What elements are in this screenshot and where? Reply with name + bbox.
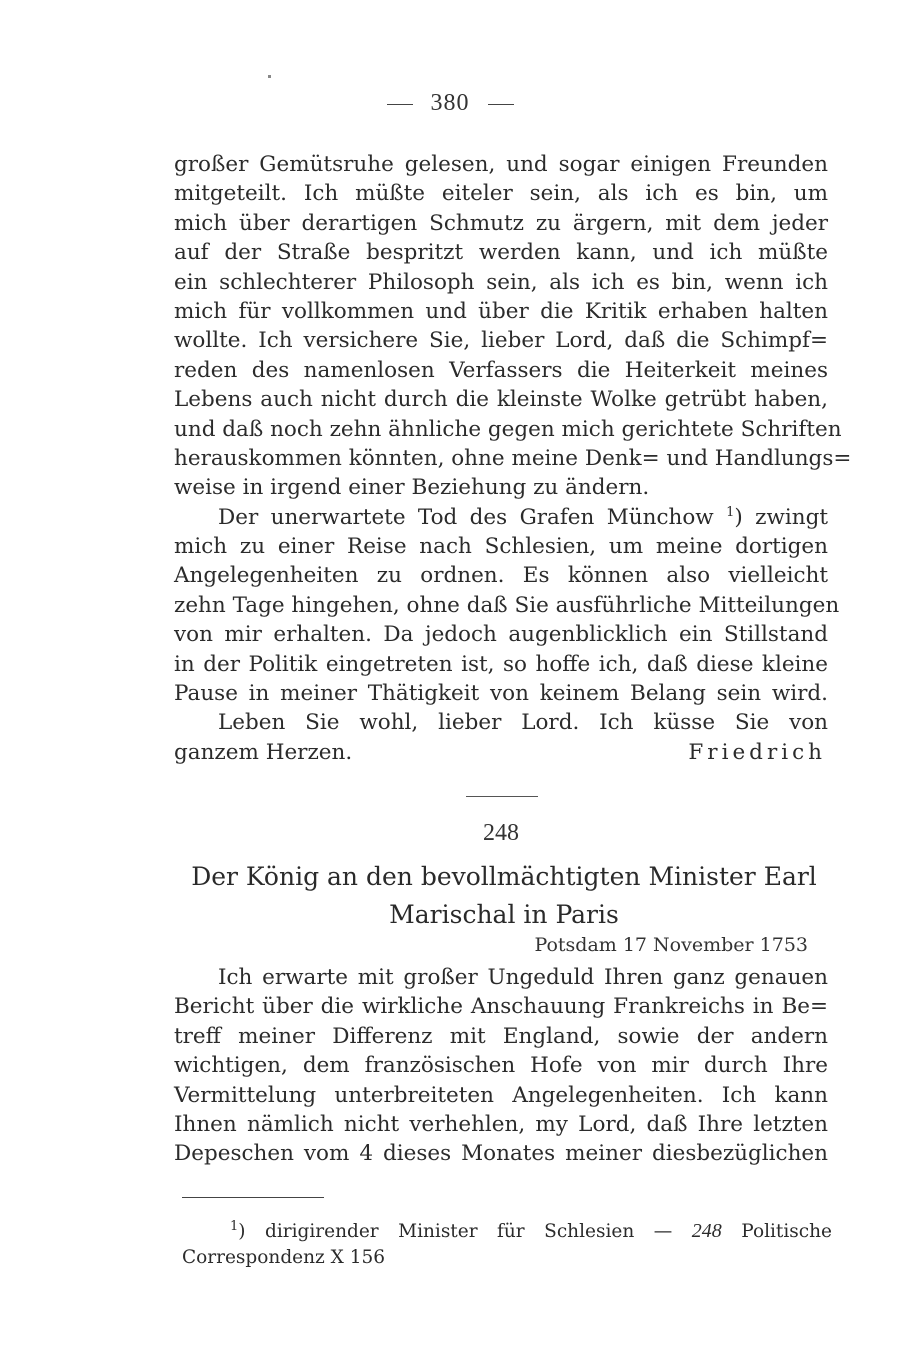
text-line: Vermittelung unterbreiteten Angelegenhei… [174, 1081, 828, 1110]
previous-letter-body: großer Gemütsruhe gelesen, und sogar ein… [174, 150, 828, 767]
footnote-rule [182, 1197, 324, 1198]
text-line: wichtigen, dem französischen Hofe von mi… [174, 1051, 828, 1080]
footnote-text: Politische [722, 1221, 832, 1242]
section-separator [466, 796, 538, 797]
text-line: mich über derartigen Schmutz zu ärgern, … [174, 209, 828, 238]
letter-body: Ich erwarte mit großer Ungeduld Ihren ga… [174, 963, 828, 1169]
text-line: großer Gemütsruhe gelesen, und sogar ein… [174, 150, 828, 179]
text-line: zehn Tage hingehen, ohne daß Sie ausführ… [174, 591, 828, 620]
letter-number: 248 [0, 820, 900, 847]
footnote-ref-number: 248 [692, 1220, 722, 1242]
text-line: mich für vollkommen und über die Kritik … [174, 297, 828, 326]
text-line: in der Politik eingetreten ist, so hoffe… [174, 650, 828, 679]
closing-line: Leben Sie wohl, lieber Lord. Ich küsse S… [174, 708, 828, 737]
header-dash-left [387, 104, 413, 105]
paragraph-first-line: Der unerwartete Tod des Grafen Münchow 1… [174, 503, 828, 532]
text-line: mich zu einer Reise nach Schlesien, um m… [174, 532, 828, 561]
text-line: auf der Straße bespritzt werden kann, un… [174, 238, 828, 267]
text-line: Angelegenheiten zu ordnen. Es können als… [174, 561, 828, 590]
closing-row: ganzem Herzen. Friedrich [174, 738, 828, 767]
text-line: und daß noch zehn ähnliche gegen mich ge… [174, 415, 828, 444]
letter-heading: Der König an den bevollmächtigten Minist… [180, 858, 828, 934]
text-fragment: ) zwingt [734, 505, 828, 530]
scan-speck [268, 75, 271, 78]
text-fragment: Der unerwartete Tod des Grafen Münchow [218, 505, 714, 530]
page-number: 380 [431, 90, 470, 116]
text-line: von mir erhalten. Da jedoch augenblickli… [174, 620, 828, 649]
page-header: 380 [0, 90, 900, 117]
text-line: Pause in meiner Thätigkeit von keinem Be… [174, 679, 828, 708]
footnote-text: ) dirigirender Minister für Schlesien — [238, 1221, 691, 1242]
text-line: weise in irgend einer Beziehung zu änder… [174, 473, 828, 502]
text-line: Ich erwarte mit großer Ungeduld Ihren ga… [174, 963, 828, 992]
text-line: treff meiner Differenz mit England, sowi… [174, 1022, 828, 1051]
signature: Friedrich [688, 738, 828, 767]
text-line: Ihnen nämlich nicht verhehlen, my Lord, … [174, 1110, 828, 1139]
footnote-continuation: Correspondenz X 156 [182, 1245, 832, 1271]
heading-line: Der König an den bevollmächtigten Minist… [180, 858, 828, 896]
closing-line: ganzem Herzen. [174, 738, 352, 767]
text-line: Bericht über die wirkliche Anschauung Fr… [174, 992, 828, 1021]
dateline: Potsdam 17 November 1753 [534, 934, 808, 956]
heading-line: Marischal in Paris [180, 896, 828, 934]
text-line: ein schlechterer Philosoph sein, als ich… [174, 268, 828, 297]
text-line: Lebens auch nicht durch die kleinste Wol… [174, 385, 828, 414]
text-line: reden des namenlosen Verfassers die Heit… [174, 356, 828, 385]
text-line: mitgeteilt. Ich müßte eiteler sein, als … [174, 179, 828, 208]
footnotes: 1) dirigirender Minister für Schlesien —… [182, 1218, 832, 1271]
text-line: herauskommen könnten, ohne meine Denk= u… [174, 444, 828, 473]
header-dash-right [488, 104, 514, 105]
text-line: Depeschen vom 4 dieses Monates meiner di… [174, 1139, 828, 1168]
footnote-1: 1) dirigirender Minister für Schlesien —… [182, 1218, 832, 1245]
text-line: wollte. Ich versichere Sie, lieber Lord,… [174, 326, 828, 355]
